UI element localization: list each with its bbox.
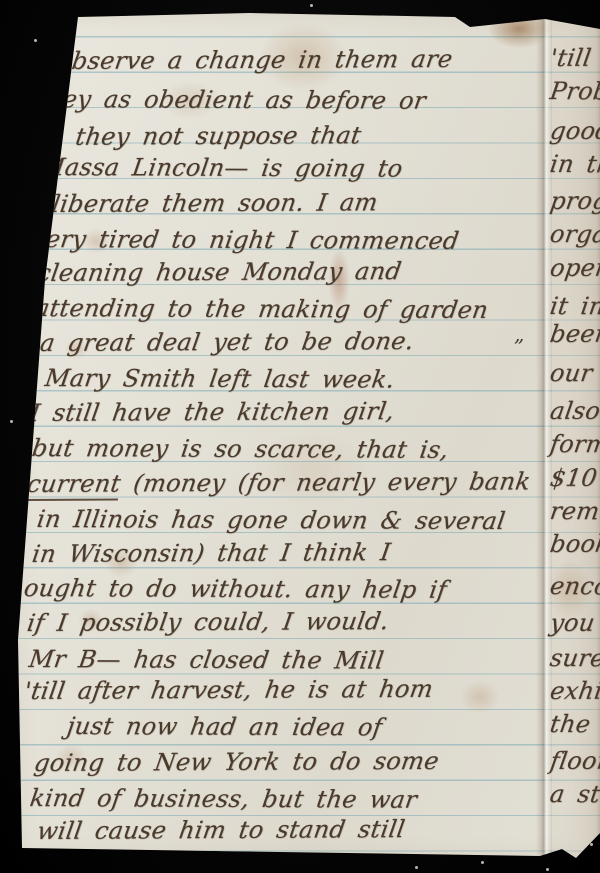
handwritten-line: Massa Lincoln— is going to (38, 152, 405, 184)
dust-speck (481, 861, 484, 864)
handwritten-line: in Wisconsin) that I think I (30, 537, 393, 569)
handwritten-line: but money is so scarce, that is, (30, 433, 451, 465)
fragment-line: it incr (548, 291, 600, 321)
fragment-line: forme (548, 429, 600, 459)
handwritten-line: Mr B— has closed the Mill (27, 644, 386, 676)
fragment-line: $10 m (548, 463, 600, 493)
fragment-line: 'till (548, 43, 593, 73)
fragment-line: organis (548, 219, 600, 249)
handwritten-line: I still have the kitchen girl, (28, 396, 397, 428)
fragment-line: encou (548, 571, 600, 601)
fragment-line: Probab (548, 76, 600, 106)
handwritten-line: if I possibly could, I would. (25, 606, 391, 638)
dust-speck (590, 843, 593, 846)
handwritten-line: current (money (for nearly every bank (25, 466, 533, 499)
fragment-line: in th (548, 149, 600, 179)
fragment-line: floor (548, 746, 600, 776)
dust-speck (10, 420, 13, 423)
letter-paper-sheet: observe a change in them are they as obe… (0, 0, 600, 873)
dust-speck (310, 4, 313, 7)
fragment-line: also th (548, 396, 600, 426)
underlined-word: current (25, 470, 123, 501)
fragment-line: our c (548, 358, 600, 388)
handwritten-line: a great deal yet to be done. (38, 326, 416, 358)
handwritten-line: Mary Smith left last week. (43, 363, 397, 395)
fragment-line: sure (548, 643, 600, 673)
fragment-line: the Co (548, 709, 600, 739)
insertion-marks: „ (514, 322, 524, 346)
fragment-line: good (548, 116, 600, 146)
dust-speck (34, 39, 37, 42)
handwritten-line: they as obedient as before or (35, 84, 428, 116)
fragment-line: a sta (548, 779, 600, 809)
handwritten-line: liberate them soon. I am (50, 187, 380, 219)
fragment-line: progre (548, 186, 600, 216)
photo-background: observe a change in them are they as obe… (0, 0, 600, 873)
fragment-line: been (548, 319, 600, 349)
handwritten-line: in Illinois has gone down & several (35, 504, 507, 536)
handwritten-line: do they not suppose that (30, 120, 363, 152)
fragment-line: remn (548, 496, 600, 526)
line-remainder: (money (for nearly every bank (118, 467, 532, 497)
fragment-line: you m (548, 608, 600, 638)
handwritten-line: kind of business, but the war (28, 783, 419, 815)
handwritten-line: going to New York to do some (32, 746, 441, 778)
handwritten-line: very tired to night I commenced (30, 224, 461, 256)
dust-speck (546, 868, 549, 871)
handwritten-line: attending to the making of garden (33, 293, 490, 325)
handwritten-line: observe a change in them are (55, 44, 455, 76)
handwritten-line: just now had an idea of (65, 711, 384, 742)
fragment-line: book, (548, 529, 600, 559)
handwritten-line: will cause him to stand still (35, 814, 407, 846)
fragment-line: exhib (548, 676, 600, 706)
handwritten-line: cleaning house Monday and (35, 256, 404, 288)
dust-speck (415, 866, 418, 869)
fragment-line: opened (548, 253, 600, 283)
handwritten-line: ought to do without. any help if (22, 573, 449, 605)
handwritten-line: 'till after harvest, he is at hom (22, 674, 435, 706)
